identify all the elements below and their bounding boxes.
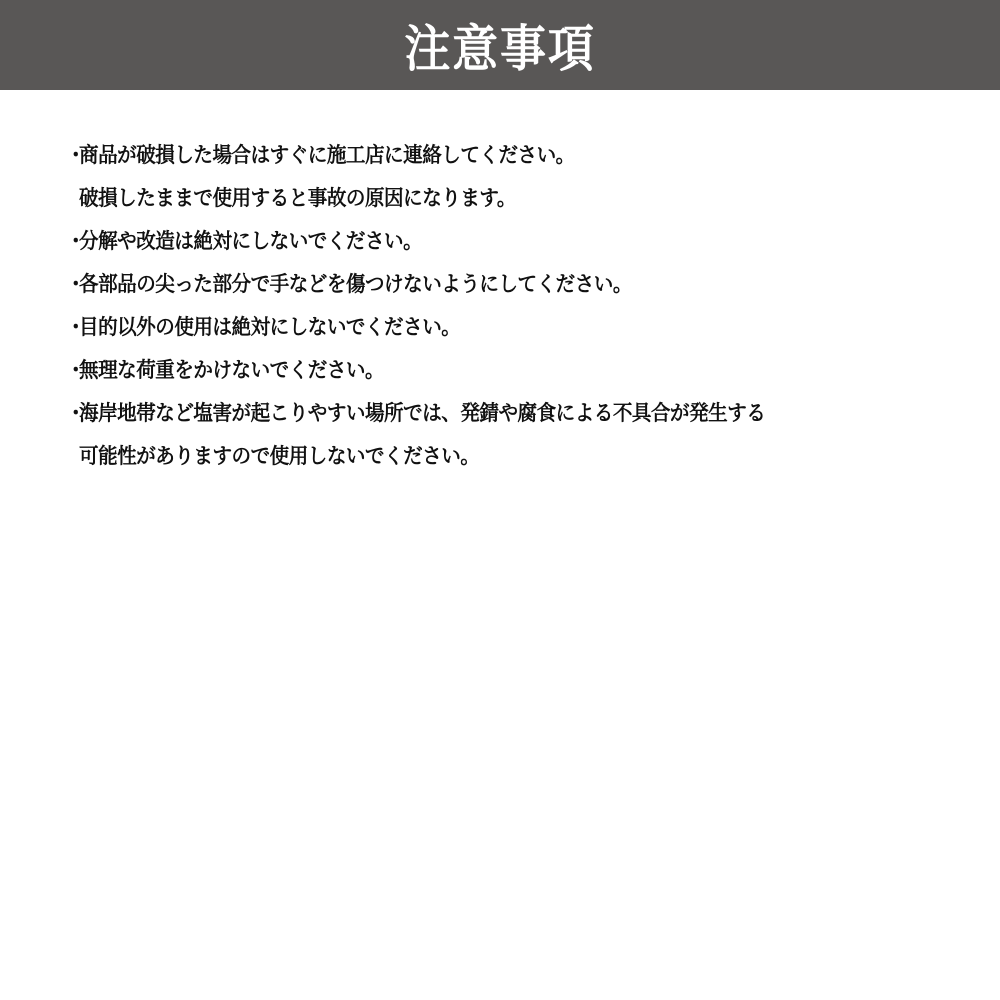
caution-list: ・商品が破損した場合はすぐに施工店に連絡してください。 破損したままで使用すると… (66, 134, 966, 478)
caution-item-disassembly: ・分解や改造は絶対にしないでください。 (66, 220, 966, 263)
caution-item-sharp-parts: ・各部品の尖った部分で手などを傷つけないようにしてください。 (66, 263, 966, 306)
caution-item-intended-use: ・目的以外の使用は絶対にしないでください。 (66, 306, 966, 349)
caution-text-continuation: 破損したままで使用すると事故の原因になります。 (66, 177, 903, 220)
caution-text: 各部品の尖った部分で手などを傷つけないようにしてください。 (79, 272, 632, 296)
bullet-icon: ・ (66, 220, 79, 263)
caution-text: 目的以外の使用は絶対にしないでください。 (79, 315, 460, 339)
bullet-icon: ・ (66, 306, 79, 349)
caution-text: 商品が破損した場合はすぐに施工店に連絡してください。 (79, 143, 575, 167)
caution-item-salt-damage: ・海岸地帯など塩害が起こりやすい場所では、発錆や腐食による不具合が発生する 可能… (66, 392, 966, 478)
bullet-icon: ・ (66, 134, 79, 177)
caution-text-continuation: 可能性がありますので使用しないでください。 (66, 435, 903, 478)
caution-text: 海岸地帯など塩害が起こりやすい場所では、発錆や腐食による不具合が発生する (79, 401, 765, 425)
caution-text: 分解や改造は絶対にしないでください。 (79, 229, 422, 253)
caution-text: 無理な荷重をかけないでください。 (79, 358, 384, 382)
bullet-icon: ・ (66, 392, 79, 435)
header-banner: 注意事項 (0, 0, 1000, 90)
bullet-icon: ・ (66, 263, 79, 306)
caution-item-load: ・無理な荷重をかけないでください。 (66, 349, 966, 392)
page-title: 注意事項 (404, 9, 595, 81)
bullet-icon: ・ (66, 349, 79, 392)
caution-item-damage: ・商品が破損した場合はすぐに施工店に連絡してください。 破損したままで使用すると… (66, 134, 966, 220)
